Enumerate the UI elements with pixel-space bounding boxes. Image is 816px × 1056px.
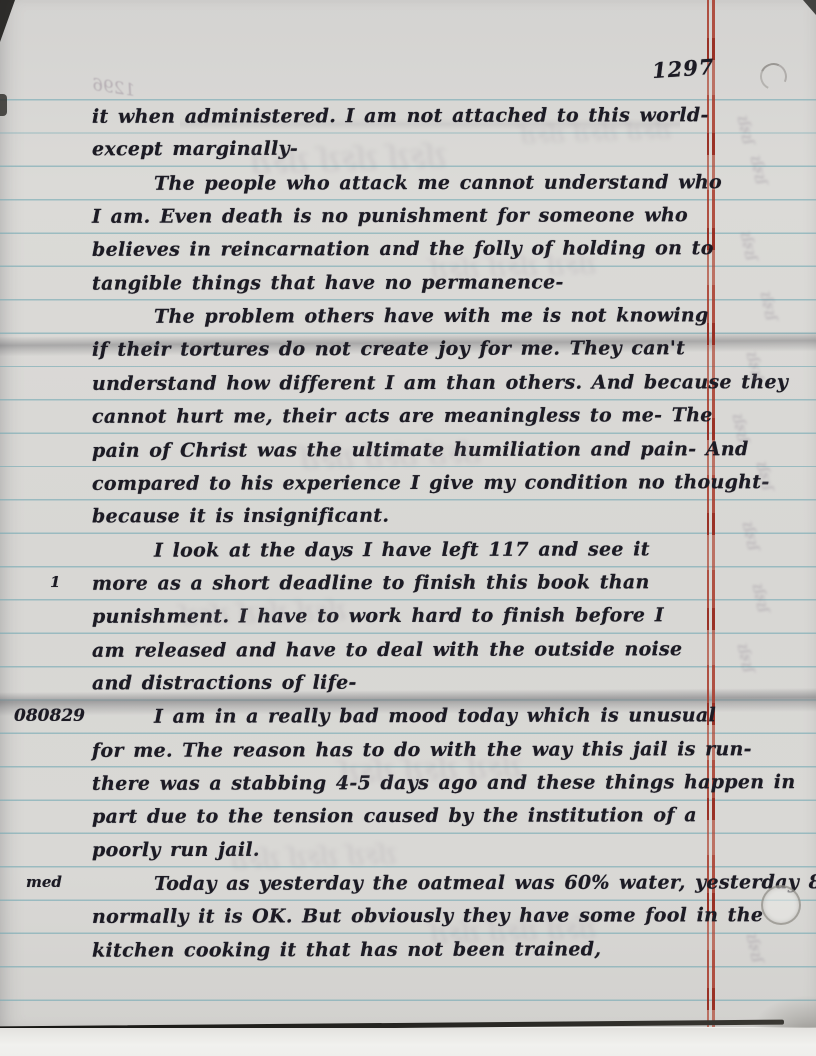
handwritten-line: I am in a really bad mood today which is…	[154, 703, 716, 730]
handwritten-line: believes in reincarnation and the folly …	[92, 236, 714, 264]
hole-punch-mark	[756, 59, 791, 94]
margin-note: med	[26, 873, 62, 891]
handwritten-line: except marginally-	[92, 136, 298, 163]
scan-artifact-corner	[803, 0, 816, 15]
handwritten-line: am released and have to deal with the ou…	[92, 636, 683, 664]
handwritten-line: it when administered. I am not attached …	[92, 102, 709, 130]
handwritten-line: and distractions of life-	[92, 670, 357, 697]
handwritten-line: understand how different I am than other…	[92, 369, 788, 397]
handwritten-line: kitchen cooking it that has not been tra…	[92, 936, 601, 963]
handwritten-line: Today as yesterday the oatmeal was 60% w…	[154, 869, 816, 897]
handwritten-line: I am. Even death is no punishment for so…	[92, 202, 688, 230]
scanner-background	[0, 1028, 816, 1056]
scan-artifact-edge	[0, 94, 7, 116]
handwritten-line: part due to the tension caused by the in…	[92, 803, 697, 831]
handwritten-line: The people who attack me cannot understa…	[154, 169, 722, 196]
ruled-paper: 1296 1297 it when administered. I am not…	[0, 0, 816, 1027]
handwritten-line: punishment. I have to work hard to finis…	[92, 603, 664, 630]
handwritten-line: there was a stabbing 4-5 days ago and th…	[92, 769, 795, 797]
scanned-journal-page: 1296 1297 it when administered. I am not…	[0, 0, 816, 1056]
margin-note: 1	[50, 573, 60, 591]
handwritten-line: The problem others have with me is not k…	[154, 302, 709, 329]
handwritten-line: for me. The reason has to do with the wa…	[92, 736, 752, 764]
handwritten-line: more as a short deadline to finish this …	[92, 569, 650, 596]
handwritten-line: pain of Christ was the ultimate humiliat…	[92, 436, 749, 464]
handwritten-line: poorly run jail.	[92, 836, 260, 862]
handwritten-line: cannot hurt me, their acts are meaningle…	[92, 402, 713, 430]
handwritten-line: compared to his experience I give my con…	[92, 469, 770, 497]
margin-note: 080829	[14, 706, 85, 726]
handwritten-line: normally it is OK. But obviously they ha…	[92, 903, 763, 931]
handwritten-line: because it is insignificant.	[92, 503, 389, 530]
page-number: 1297	[651, 54, 715, 83]
bleedthrough-page-number: 1296	[91, 75, 137, 101]
handwritten-line: I look at the days I have left 117 and s…	[154, 536, 650, 563]
scan-artifact-corner	[0, 0, 15, 42]
handwritten-line: tangible things that have no permanence-	[92, 269, 564, 296]
handwritten-line: if their tortures do not create joy for …	[92, 336, 685, 364]
